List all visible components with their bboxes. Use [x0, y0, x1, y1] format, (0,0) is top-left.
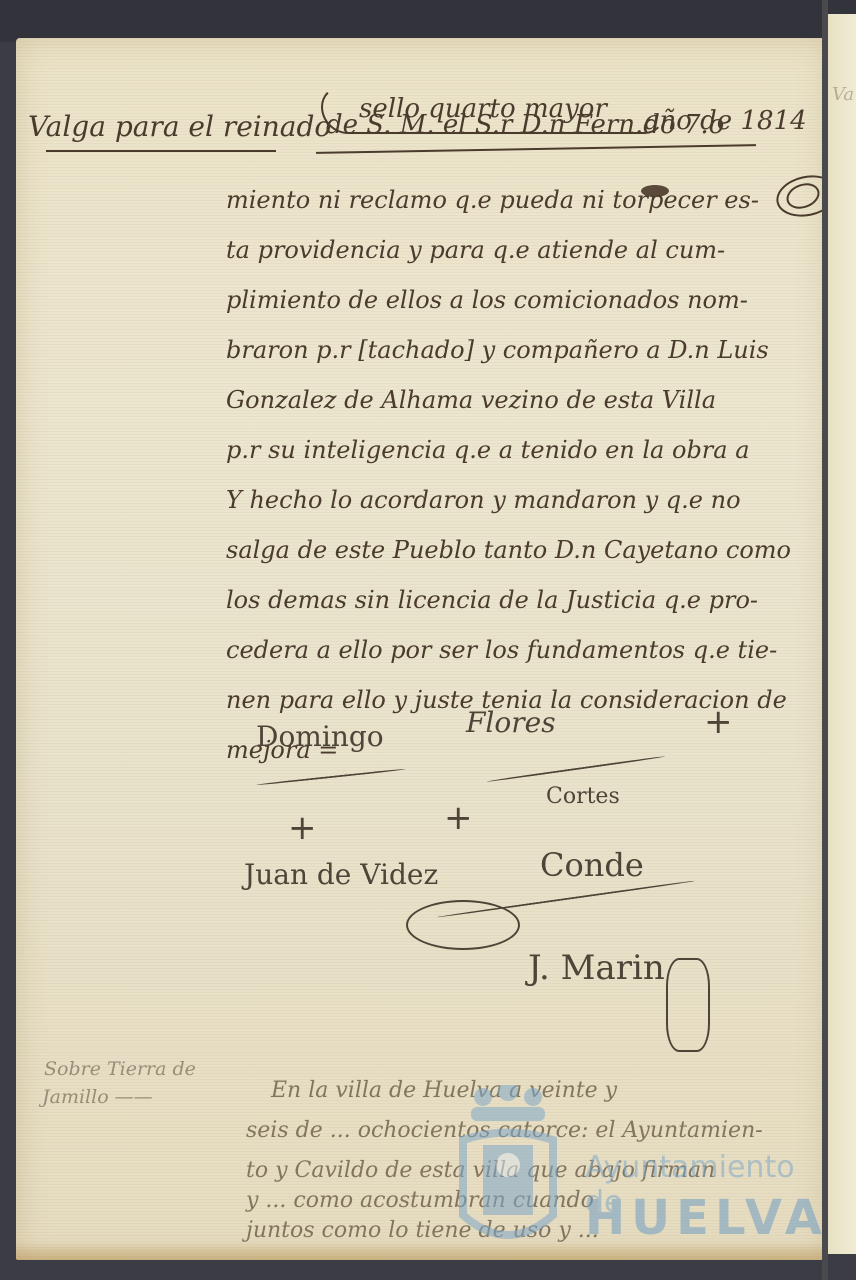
- adjacent-page-fragment: Va: [832, 84, 854, 105]
- body-line-4: braron p.r [tachado] y compañero a D.n L…: [226, 336, 769, 364]
- body-line-3: plimiento de ellos a los comicionados no…: [226, 286, 748, 314]
- signature-flourish: [487, 755, 666, 782]
- margin-note-line-2: Jamillo ——: [42, 1086, 153, 1108]
- body-line-8: salga de este Pueblo tanto D.n Cayetano …: [226, 536, 791, 564]
- signature-flourish: [256, 768, 405, 786]
- signature-conde: Conde: [540, 846, 644, 884]
- body-line-5: Gonzalez de Alhama vezino de esta Villa: [226, 386, 716, 414]
- cross-mark: +: [444, 798, 473, 838]
- signature-domingo: Domingo: [256, 720, 384, 753]
- cross-mark: +: [288, 808, 317, 848]
- signature-marin: J. Marin: [528, 948, 665, 988]
- huelva-watermark: Ayuntamiento de HUELVA: [445, 1085, 815, 1265]
- body-line-9: los demas sin licencia de la Justicia q.…: [226, 586, 758, 614]
- cross-mark: +: [704, 702, 733, 742]
- body-line-7: Y hecho lo acordaron y mandaron y q.e no: [226, 486, 741, 514]
- header-part-year: año de 1814: [644, 106, 807, 136]
- header-underline-2: [316, 144, 756, 154]
- body-line-2: ta providencia y para q.e atiende al cum…: [226, 236, 725, 264]
- header-underline: [46, 150, 276, 152]
- body-line-1: miento ni reclamo q.e pueda ni torpecer …: [226, 186, 759, 214]
- coat-of-arms-icon: [453, 1085, 563, 1255]
- signature-cortes: Cortes: [546, 784, 620, 809]
- manuscript-page: sello quarto mayor Valga para el reinado…: [16, 38, 828, 1260]
- header-part-reign: Valga para el reinado: [28, 110, 331, 143]
- margin-note-line-1: Sobre Tierra de: [44, 1058, 196, 1080]
- adjacent-page-edge: Va: [828, 14, 856, 1254]
- signature-loop: [406, 900, 520, 950]
- watermark-line-2: HUELVA: [585, 1190, 828, 1246]
- scanner-background-top: [0, 0, 856, 42]
- body-line-6: p.r su inteligencia q.e a tenido en la o…: [226, 436, 750, 464]
- body-line-10: cedera a ello por ser los fundamentos q.…: [226, 636, 777, 664]
- signature-flourish-vertical: [666, 958, 710, 1052]
- signature-flores: Flores: [466, 706, 556, 739]
- signature-juan-videz: Juan de Videz: [244, 858, 438, 891]
